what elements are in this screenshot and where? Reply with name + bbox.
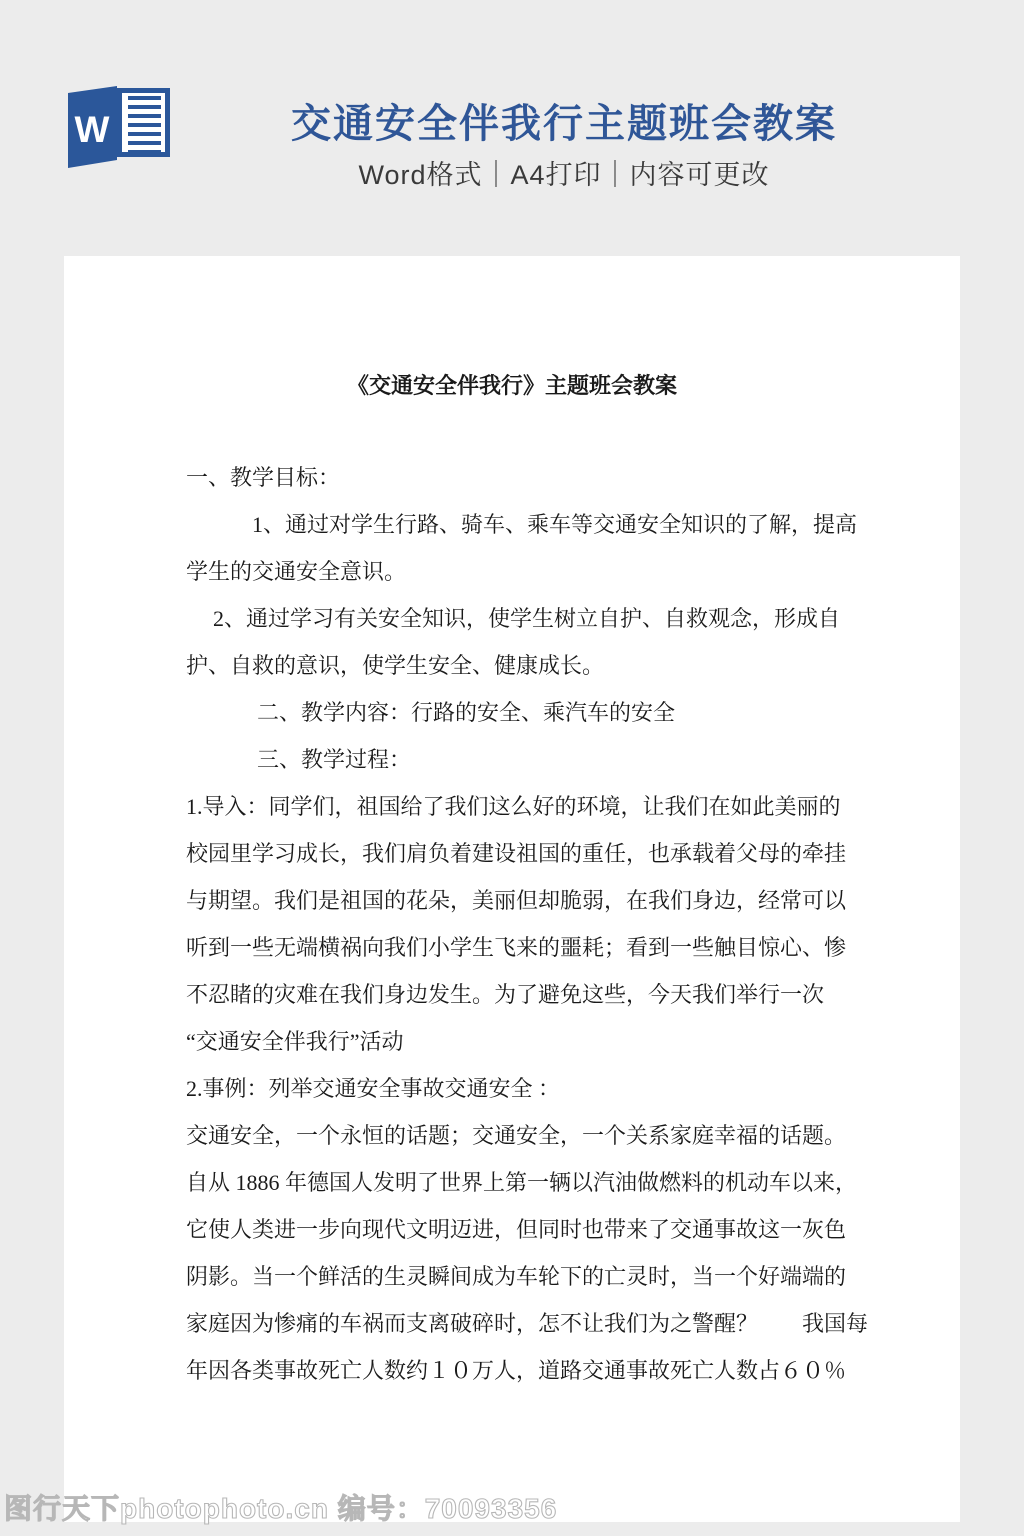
doc-line: 家庭因为惨痛的车祸而支离破碎时，怎不让我们为之警醒？ 我国每 [186, 1300, 846, 1347]
template-title: 交通安全伴我行主题班会教案 [291, 92, 837, 149]
watermark-text: 图行天下photophoto.cn 编号：70093356 [4, 1487, 557, 1527]
doc-line: “交通安全伴我行”活动 [186, 1018, 846, 1065]
word-icon-letter: W [75, 109, 110, 150]
doc-line: 交通安全，一个永恒的话题；交通安全，一个关系家庭幸福的话题。 [186, 1112, 846, 1159]
document-page: 《交通安全伴我行》主题班会教案 一、教学目标：1、通过对学生行路、骑车、乘车等交… [64, 256, 960, 1522]
doc-line: 护、自救的意识，使学生安全、健康成长。 [186, 642, 846, 689]
template-subtitle: Word格式｜A4打印｜内容可更改 [358, 153, 769, 192]
doc-line: 它使人类进一步向现代文明迈进，但同时也带来了交通事故这一灰色 [186, 1206, 846, 1253]
document-body: 一、教学目标：1、通过对学生行路、骑车、乘车等交通安全知识的了解，提高学生的交通… [186, 454, 846, 1394]
doc-line: 学生的交通安全意识。 [186, 548, 846, 595]
doc-line: 一、教学目标： [186, 454, 846, 501]
doc-line: 不忍睹的灾难在我们身边发生。为了避免这些，今天我们举行一次 [186, 971, 846, 1018]
doc-line: 与期望。我们是祖国的花朵，美丽但却脆弱，在我们身边，经常可以 [186, 877, 846, 924]
doc-line: 2、通过学习有关安全知识，使学生树立自护、自救观念，形成自 [186, 595, 846, 642]
page-canvas: W 交通安全伴我行主题班会教案 Word格式｜A4打印｜内容可更改 《交通安全伴… [0, 0, 1024, 1536]
doc-line: 年因各类事故死亡人数约１０万人，道路交通事故死亡人数占６０％ [186, 1347, 846, 1394]
doc-line: 1、通过对学生行路、骑车、乘车等交通安全知识的了解，提高 [186, 501, 846, 548]
word-icon: W [64, 84, 170, 172]
doc-line: 二、教学内容：行路的安全、乘汽车的安全 [186, 689, 846, 736]
doc-line: 2.事例：列举交通安全事故交通安全 ： [186, 1065, 846, 1112]
doc-line: 自从 1886 年德国人发明了世界上第一辆以汽油做燃料的机动车以来， [186, 1159, 846, 1206]
doc-line: 校园里学习成长，我们肩负着建设祖国的重任，也承载着父母的牵挂 [186, 830, 846, 877]
doc-line: 三、教学过程： [186, 736, 846, 783]
doc-line: 1.导入：同学们，祖国给了我们这么好的环境，让我们在如此美丽的 [186, 783, 846, 830]
document-title: 《交通安全伴我行》主题班会教案 [64, 362, 960, 409]
word-icon-document [120, 91, 168, 155]
doc-line: 阴影。当一个鲜活的生灵瞬间成为车轮下的亡灵时，当一个好端端的 [186, 1253, 846, 1300]
doc-line: 听到一些无端横祸向我们小学生飞来的噩耗；看到一些触目惊心、惨 [186, 924, 846, 971]
